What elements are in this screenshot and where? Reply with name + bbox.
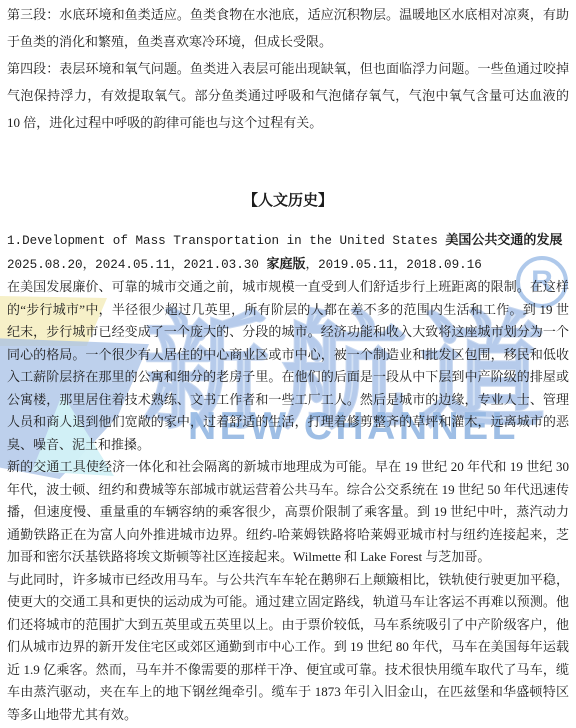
- section-heading-humanities-history: 【人文历史】: [7, 190, 569, 212]
- date-line-start: 2025.08.20，2024.05.11，2021.03.30: [7, 258, 266, 272]
- article-paragraph-1: 在美国发展廉价、可靠的城市交通之前，城市规模一直受到人们舒适步行上班距离的限制。…: [7, 276, 569, 456]
- date-line-end: ，2019.05.11，2018.09.16: [306, 258, 482, 272]
- fish-environment-section: 第三段：水底环境和鱼类适应。鱼类食物在水池底，适应沉积物层。温暖地区水底相对凉爽…: [7, 1, 569, 136]
- paragraph-fish-4: 第四段：表层环境和氧气问题。鱼类进入表层可能出现缺氧，但也面临浮力问题。一些鱼通…: [7, 55, 569, 136]
- article-title-english: 1.Development of Mass Transportation in …: [7, 234, 445, 248]
- article-title-chinese: 美国公共交通的发展: [445, 232, 562, 247]
- article-date-line: 2025.08.20，2024.05.11，2021.03.30 家庭版，201…: [7, 253, 569, 277]
- article-paragraph-2: 新的交通工具使经济一体化和社会隔离的新城市地理成为可能。早在 19 世纪 20 …: [7, 456, 569, 569]
- document-page: 第三段：水底环境和鱼类适应。鱼类食物在水池底，适应沉积物层。温暖地区水底相对凉爽…: [0, 0, 576, 726]
- mass-transportation-article: 1.Development of Mass Transportation in …: [7, 229, 569, 726]
- article-paragraph-3: 与此同时，许多城市已经改用马车。与公共汽车车轮在鹅卵石上颠簸相比，铁轨使行驶更加…: [7, 569, 569, 727]
- paragraph-fish-3: 第三段：水底环境和鱼类适应。鱼类食物在水池底，适应沉积物层。温暖地区水底相对凉爽…: [7, 1, 569, 55]
- date-line-edition-label: 家庭版: [266, 256, 305, 271]
- article-title-line: 1.Development of Mass Transportation in …: [7, 229, 569, 253]
